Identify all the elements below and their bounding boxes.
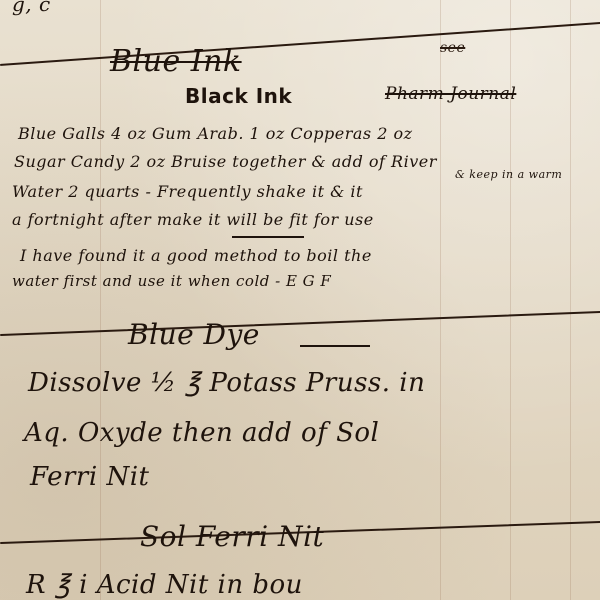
recipe-line: a fortnight after make it will be fit fo…	[12, 210, 374, 229]
struck-title-suffix: see	[440, 40, 465, 56]
manuscript-page: g, c Blue Ink see Black Ink Pharm Journa…	[0, 0, 600, 600]
recipe-line: Aq. Oxyde then add of Sol	[24, 418, 379, 448]
ruling-line	[570, 0, 571, 600]
section-title-black-ink: Black Ink	[185, 84, 292, 108]
title-flourish	[300, 345, 370, 347]
interlinear-note: & keep in a warm	[455, 168, 562, 181]
section-title-sol-ferri-nit: Sol Ferri Nit	[140, 520, 324, 553]
recipe-line: Dissolve ½ ℥ Potass Pruss. in	[28, 368, 425, 398]
top-fragment: g, c	[12, 0, 51, 16]
section-title-blue-dye: Blue Dye	[128, 318, 260, 351]
recipe-line: Ferri Nit	[30, 462, 149, 492]
recipe-line-signature: water first and use it when cold - E G F	[12, 272, 331, 290]
struck-note: Pharm Journal	[385, 84, 516, 104]
struck-title: Blue Ink	[110, 44, 242, 79]
recipe-line: I have found it a good method to boil th…	[20, 246, 372, 265]
recipe-line: R ℥ i Acid Nit in bou	[26, 570, 303, 600]
underline-make	[232, 236, 304, 238]
recipe-line: Blue Galls 4 oz Gum Arab. 1 oz Copperas …	[18, 124, 413, 143]
recipe-line: Water 2 quarts - Frequently shake it & i…	[12, 182, 363, 201]
ruling-line	[100, 0, 101, 600]
recipe-line: Sugar Candy 2 oz Bruise together & add o…	[14, 152, 437, 171]
